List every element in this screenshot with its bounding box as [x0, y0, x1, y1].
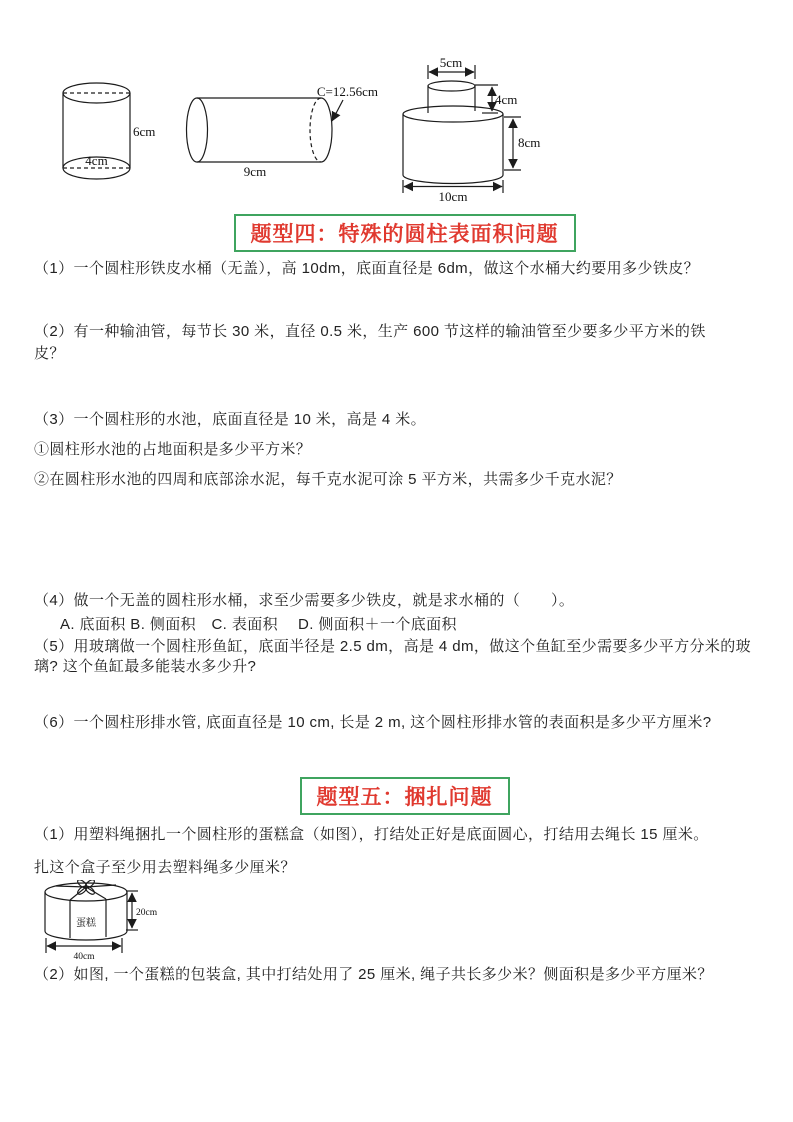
top-diameter-label: 5cm — [440, 55, 462, 70]
section-5-title-row: 题型五：捆扎问题 — [0, 777, 793, 815]
section-4-title-row: 题型四：特殊的圆柱表面积问题 — [0, 214, 793, 252]
cake-height-label: 20cm — [136, 908, 158, 918]
large-cylinder-bottom-arc — [403, 175, 503, 183]
problem-4-4-options: A. 底面积 B. 侧面积 C. 表面积 D. 侧面积＋一个底面积 — [60, 613, 457, 634]
problem-4-3-sub-1: ①圆柱形水池的占地面积是多少平方米？ — [34, 438, 311, 459]
height-label: 6cm — [133, 124, 155, 139]
section-5-title: 题型五：捆扎问题 — [300, 777, 510, 815]
problem-4-5-line-1: （5）用玻璃做一个圆柱形鱼缸，底面半径是 2.5 dm，高是 4 dm，做这个鱼… — [34, 635, 751, 656]
problem-4-5-line-2: 璃? 这个鱼缸最多能装水多少升? — [34, 655, 256, 676]
top-height-label: 4cm — [495, 92, 517, 107]
problem-4-2-line-1: （2）有一种输油管，每节长 30 米，直径 0.5 米，生产 600 节这样的输… — [34, 320, 706, 341]
problem-4-3-sub-2: ②在圆柱形水池的四周和底部涂水泥，每千克水泥可涂 5 平方米，共需多少千克水泥？ — [34, 468, 622, 489]
cake-label: 蛋糕 — [76, 916, 97, 929]
cylinder-right-end-back-arc-dashed — [310, 98, 321, 162]
cylinder-left-end-ellipse — [187, 98, 208, 162]
length-label: 9cm — [244, 164, 266, 179]
figure-horizontal-cylinder: C=12.56cm 9cm — [185, 82, 381, 182]
circumference-label: C=12.56cm — [317, 84, 378, 99]
figure-cake-box: 蛋糕 20cm 40cm — [42, 880, 167, 962]
bottom-height-label: 8cm — [518, 135, 540, 150]
problem-4-4-text: （4）做一个无盖的圆柱形水桶，求至少需要多少铁皮，就是求水桶的（ ）。 — [34, 589, 574, 610]
diameter-label: 4cm — [85, 153, 107, 168]
problem-5-2-text: （2）如图, 一个蛋糕的包装盒, 其中打结处用了 25 厘米, 绳子共长多少米？… — [34, 963, 713, 984]
bottom-diameter-label: 10cm — [439, 189, 468, 204]
figure-vertical-cylinder: 4cm 6cm — [60, 80, 172, 186]
problem-4-3-text: （3）一个圆柱形的水池，底面直径是 10 米，高是 4 米。 — [34, 408, 426, 429]
cake-bottom-arc — [45, 931, 127, 940]
cake-diameter-label: 40cm — [73, 952, 95, 962]
problem-5-1-line-1: （1）用塑料绳捆扎一个圆柱形的蛋糕盒（如图），打结处正好是底面圆心，打结用去绳长… — [34, 823, 709, 844]
circumference-pointer-arrow — [332, 100, 343, 121]
cylinder-right-end-front-arc — [321, 98, 332, 162]
problem-4-2-line-2: 皮？ — [34, 342, 65, 363]
figure-composite-cylinder: 5cm 4cm 8cm 10cm — [398, 55, 548, 205]
problem-4-1-text: （1）一个圆柱形铁皮水桶（无盖），高 10dm，底面直径是 6dm，做这个水桶大… — [34, 257, 699, 278]
problem-4-6-text: （6）一个圆柱形排水管, 底面直径是 10 cm, 长是 2 m, 这个圆柱形排… — [34, 711, 711, 732]
section-4-title: 题型四：特殊的圆柱表面积问题 — [234, 214, 576, 252]
problem-5-1-line-2: 扎这个盒子至少用去塑料绳多少厘米？ — [34, 856, 296, 877]
worksheet-page: 4cm 6cm C=12.56cm 9cm 5cm — [0, 0, 793, 1122]
large-cylinder-top-ellipse — [403, 106, 503, 122]
ribbon-bow-icon — [76, 880, 95, 896]
small-cylinder-top-ellipse — [428, 81, 475, 91]
